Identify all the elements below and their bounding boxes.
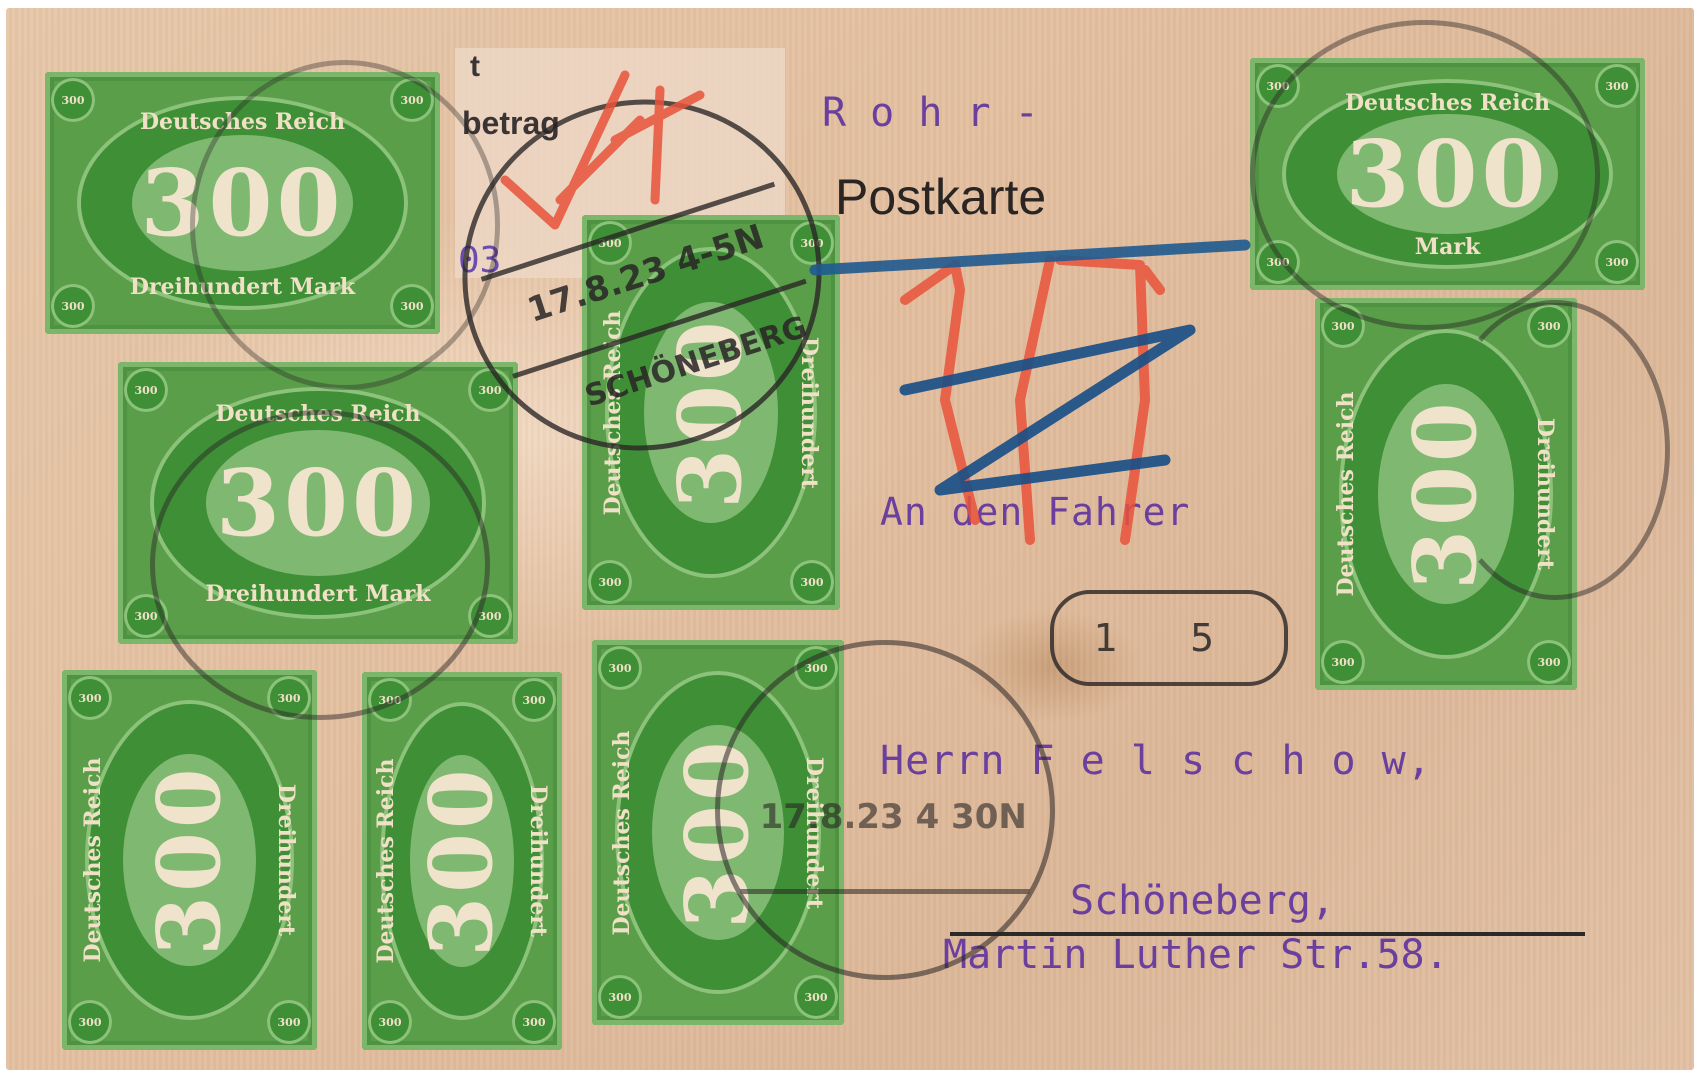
stamp-300-mark-7: Deutsches Reich 300 Dreihundert 300 300 … [362, 672, 562, 1050]
stamp-value: 300 [139, 764, 240, 956]
registration-number: 1 5 [1094, 616, 1244, 660]
postmark-left [190, 60, 500, 390]
postmark-bottom: 17.8.23 4 30N [715, 640, 1055, 980]
label-fragment-t: t [470, 50, 480, 84]
address-strikethrough [950, 932, 1585, 936]
stamp-300-mark-6: Deutsches Reich 300 Dreihundert 300 300 … [62, 670, 317, 1050]
postmark-top-right [1250, 20, 1600, 330]
postmark-mid-left [150, 410, 490, 720]
header-postkarte: Postkarte [835, 168, 1046, 226]
header-rohr: R o h r - [822, 90, 1039, 136]
address-city: Schöneberg, [1070, 878, 1335, 924]
stamp-value: 300 [412, 765, 513, 957]
address-street: Martin Luther Str.58. [943, 932, 1449, 978]
registration-box: 1 5 [1050, 590, 1288, 686]
recipient-an-den-fahrer: An den Fahrer [880, 490, 1190, 534]
postmark-right [1440, 300, 1670, 600]
